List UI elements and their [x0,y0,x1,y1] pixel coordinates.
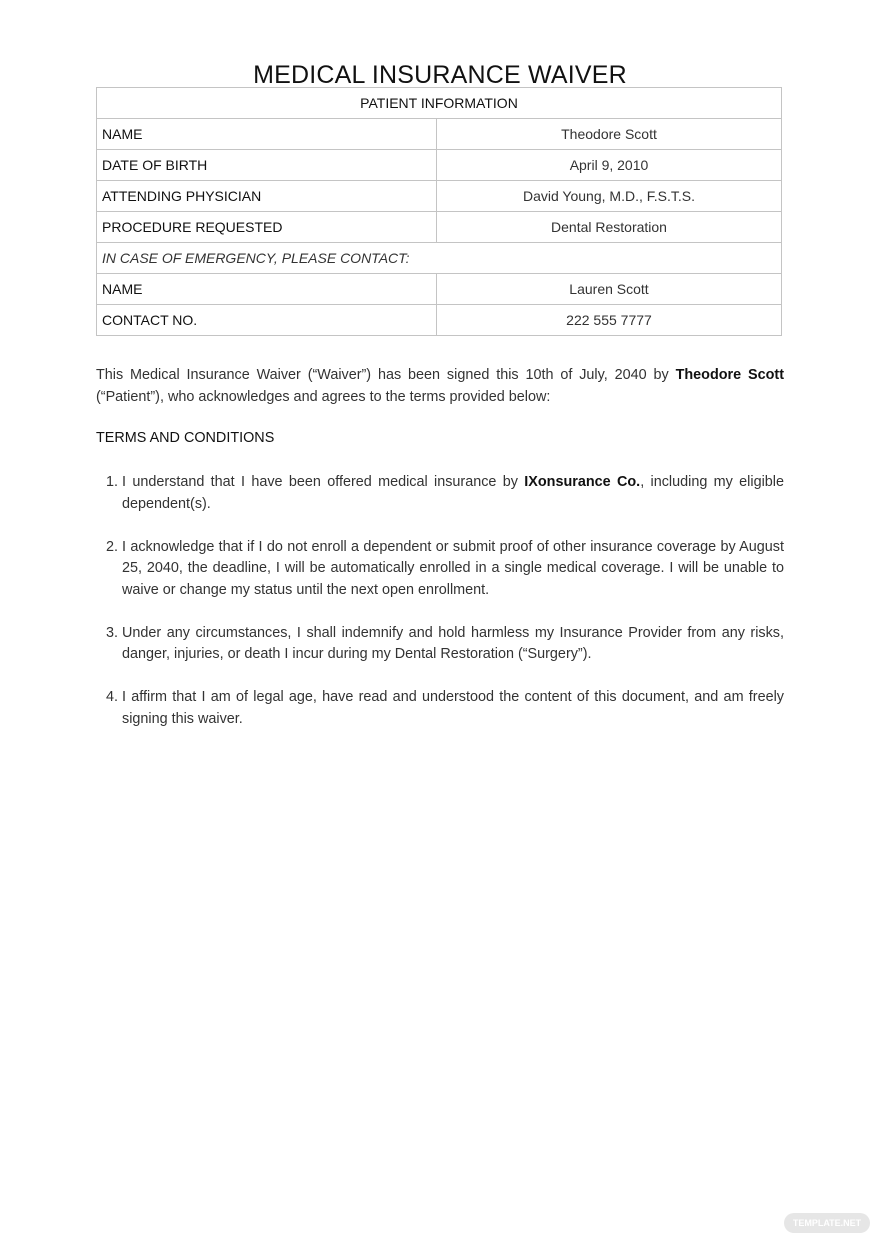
term-text: I affirm that I am of legal age, have re… [122,689,784,727]
term-item: Under any circumstances, I shall indemni… [122,623,784,666]
template-net-watermark: TEMPLATE.NET [784,1213,870,1233]
row-value: David Young, M.D., F.S.T.S. [437,181,782,212]
table-row: DATE OF BIRTH April 9, 2010 [97,150,782,181]
row-value: Lauren Scott [437,274,782,305]
patient-information-table: PATIENT INFORMATION NAME Theodore Scott … [96,87,782,336]
term-text: I acknowledge that if I do not enroll a … [122,539,784,598]
term-text: I understand that I have been offered me… [122,474,524,490]
term-item: I understand that I have been offered me… [122,472,784,515]
intro-paragraph: This Medical Insurance Waiver (“Waiver”)… [96,365,784,408]
emergency-contact-header: IN CASE OF EMERGENCY, PLEASE CONTACT: [97,243,782,274]
table-row: ATTENDING PHYSICIAN David Young, M.D., F… [97,181,782,212]
table-row: NAME Theodore Scott [97,119,782,150]
row-value: Dental Restoration [437,212,782,243]
intro-text: This Medical Insurance Waiver (“Waiver”)… [96,367,676,383]
term-item: I acknowledge that if I do not enroll a … [122,537,784,602]
terms-heading: TERMS AND CONDITIONS [96,430,274,446]
row-label: PROCEDURE REQUESTED [97,212,437,243]
patient-name: Theodore Scott [676,367,784,383]
row-value: 222 555 7777 [437,305,782,336]
table-row: NAME Lauren Scott [97,274,782,305]
row-label: ATTENDING PHYSICIAN [97,181,437,212]
intro-text-end: (“Patient”), who acknowledges and agrees… [96,389,550,405]
terms-list: I understand that I have been offered me… [96,472,784,752]
row-label: DATE OF BIRTH [97,150,437,181]
row-label: NAME [97,119,437,150]
row-label: CONTACT NO. [97,305,437,336]
row-label: NAME [97,274,437,305]
table-header: PATIENT INFORMATION [97,88,782,119]
term-text: Under any circumstances, I shall indemni… [122,625,784,663]
insurer-name: IXonsurance Co. [524,474,640,490]
table-row: CONTACT NO. 222 555 7777 [97,305,782,336]
row-value: April 9, 2010 [437,150,782,181]
table-row: PROCEDURE REQUESTED Dental Restoration [97,212,782,243]
row-value: Theodore Scott [437,119,782,150]
term-item: I affirm that I am of legal age, have re… [122,687,784,730]
document-title: MEDICAL INSURANCE WAIVER [0,61,880,90]
